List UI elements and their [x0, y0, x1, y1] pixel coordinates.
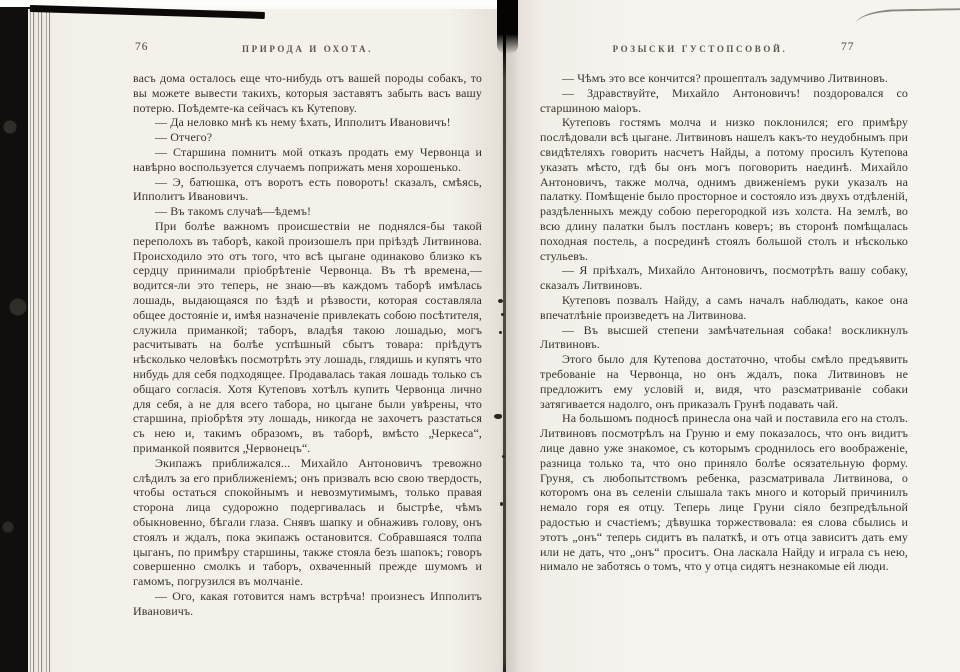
- paragraph: — Ого, какая готовится намъ встрѣча! про…: [133, 589, 482, 619]
- left-running-title: ПРИРОДА И ОХОТА.: [200, 44, 415, 54]
- left-text-column: васъ дома осталось еще что-нибудь отъ ва…: [133, 71, 482, 618]
- paragraph: — Здравствуйте, Михайло Антоновичъ! позд…: [540, 86, 908, 116]
- paragraph: Кутеповъ гостямъ молча и низко поклонилс…: [540, 115, 908, 263]
- book-binding: [0, 7, 30, 672]
- ink-speck: [500, 502, 503, 506]
- book-scan: 76 ПРИРОДА И ОХОТА. РОЗЫСКИ ГУСТОПСОВОЙ.…: [0, 0, 960, 672]
- paragraph: На большомъ подносѣ принесла она чай и п…: [540, 411, 908, 574]
- paragraph: При болѣе важномъ происшествіи не поднял…: [133, 219, 482, 456]
- gutter-fold-line: [503, 0, 506, 672]
- ink-speck: [502, 455, 505, 458]
- ink-speck: [498, 299, 503, 303]
- ink-speck: [494, 414, 502, 419]
- paragraph: — Старшина помнитъ мой отказъ продать ем…: [133, 145, 482, 175]
- right-page-number: 77: [841, 41, 855, 53]
- paragraph: Экипажъ приближался... Михайло Антонович…: [133, 456, 482, 589]
- paragraph: — Да неловко мнѣ къ нему ѣхать, Ипполитъ…: [133, 115, 482, 130]
- ink-speck: [501, 313, 504, 316]
- left-page-number: 76: [135, 41, 149, 53]
- right-running-title: РОЗЫСКИ ГУСТОПСОВОЙ.: [562, 44, 838, 54]
- paragraph: Кутеповъ позвалъ Найду, а самъ началъ на…: [540, 293, 908, 323]
- ink-speck: [499, 331, 502, 334]
- page-edge-stack: [28, 9, 50, 672]
- paragraph: — Э, батюшка, отъ воротъ есть поворотъ! …: [133, 175, 482, 205]
- paragraph: — Я пріѣхалъ, Михайло Антоновичъ, посмот…: [540, 263, 908, 293]
- paragraph: — Чѣмъ это все кончится? прошепталъ заду…: [540, 71, 908, 86]
- right-text-column: — Чѣмъ это все кончится? прошепталъ заду…: [540, 71, 908, 574]
- paragraph: васъ дома осталось еще что-нибудь отъ ва…: [133, 71, 482, 115]
- paragraph: Этого было для Кутепова достаточно, чтоб…: [540, 352, 908, 411]
- paragraph: — Въ высшей степени замѣчательная собака…: [540, 323, 908, 353]
- gutter-top-shadow: [497, 0, 518, 54]
- paragraph: — Отчего?: [133, 130, 482, 145]
- paragraph: — Въ такомъ случаѣ—ѣдемъ!: [133, 204, 482, 219]
